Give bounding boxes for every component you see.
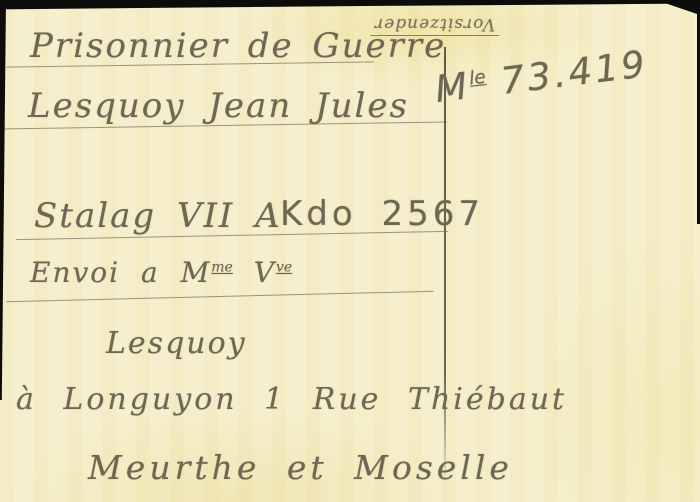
matricule-superscript: le <box>468 67 487 90</box>
addressee-name: Lesquoy <box>106 326 247 361</box>
address-divider-line <box>444 47 446 485</box>
scanned-postcard: Prisonnier de Guerre Vorsitzender Lesquo… <box>0 0 700 502</box>
stalag-designation: Stalag VII A <box>34 196 282 236</box>
prisoner-name: Lesquoy Jean Jules <box>28 86 409 126</box>
recipient-widow-superscript: ve <box>276 260 292 276</box>
envoi-prefix: Envoi a <box>30 256 181 289</box>
kommando-number: Kdo 2567 <box>280 194 484 234</box>
recipient-widow: V <box>233 256 276 289</box>
recipient-title-superscript: me <box>211 260 233 276</box>
envoi-line: Envoi a Mme Vve <box>30 256 292 289</box>
department-line: Meurthe et Moselle <box>88 448 513 487</box>
matricule-letter: M <box>433 64 473 111</box>
upside-down-inscription: Vorsitzender <box>370 14 499 36</box>
address-line: à Longuyon 1 Rue Thiébaut <box>16 382 567 417</box>
recipient-title: M <box>181 256 212 289</box>
